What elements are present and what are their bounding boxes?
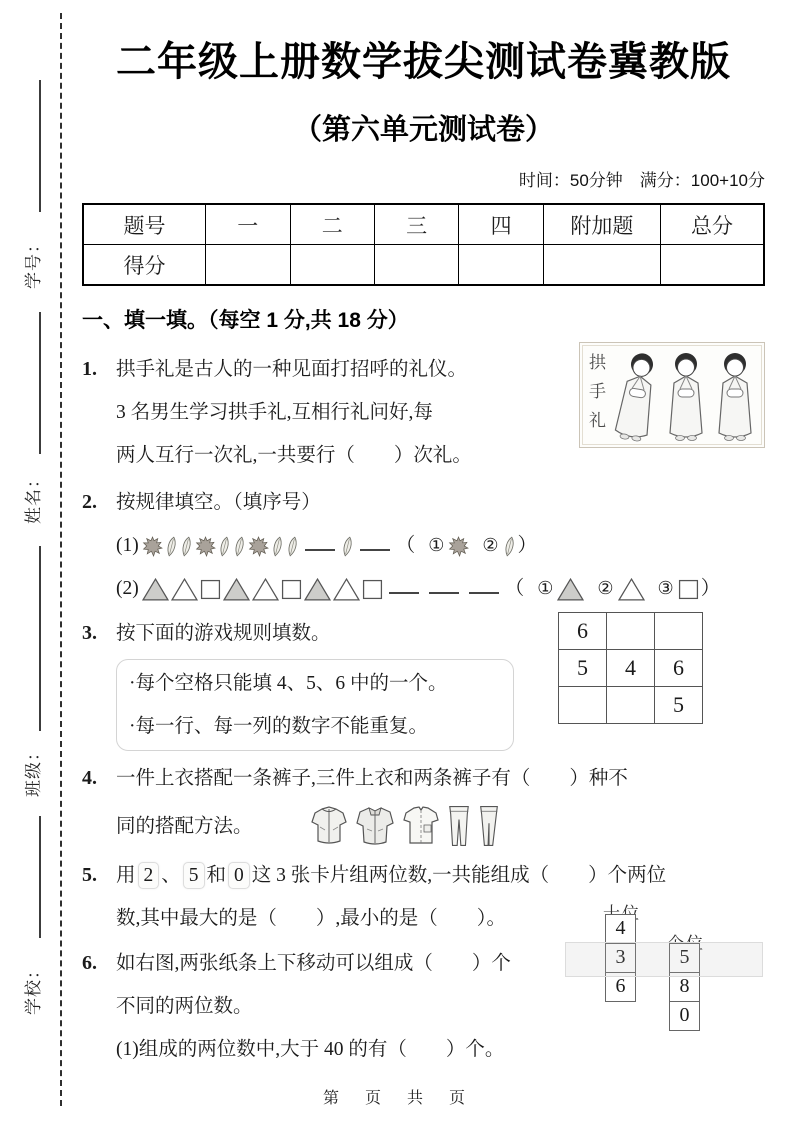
strip-digit-cell: 4 xyxy=(605,914,636,944)
illustration-frame: 拱手礼 xyxy=(582,345,762,445)
score-header: 题号 xyxy=(83,204,206,245)
number-card: 2 xyxy=(138,862,160,889)
grid-cell: 4 xyxy=(607,650,655,687)
pattern-sequence xyxy=(141,578,504,599)
grid-cell: 5 xyxy=(559,650,607,687)
pattern-sequence xyxy=(141,535,395,556)
score-header: 二 xyxy=(290,204,374,245)
question-text-segment: 、 xyxy=(161,865,181,886)
tri-shaded-icon xyxy=(142,578,169,601)
boy-figure-icon xyxy=(608,348,666,444)
score-cell xyxy=(543,245,660,286)
pattern-option: ① xyxy=(537,578,585,599)
pattern-option: ① xyxy=(428,535,470,556)
score-row-label: 得分 xyxy=(83,245,206,286)
circled-number: ③ xyxy=(658,578,674,598)
illustration-caption: 拱手礼 xyxy=(588,348,607,444)
section-one-heading: 一、填一填。（每空 1 分,共 18 分） xyxy=(82,304,765,334)
leaf-icon xyxy=(338,535,356,559)
open-paren: （ xyxy=(396,535,416,556)
strip-digit-cell: 0 xyxy=(669,1001,700,1031)
question-text: 用2、5和0这 3 张卡片组两位数,一共能组成（ ）个两位 xyxy=(116,854,765,897)
page-footer: 第 页 共 页 xyxy=(0,1085,793,1108)
question-text: 如右图,两张纸条上下移动可以组成（ ）个 xyxy=(116,942,596,985)
question-text: 拱手礼是古人的一种见面打招呼的礼仪。 xyxy=(116,348,571,391)
grid-row: 5 xyxy=(559,687,703,724)
student-info-blank-line xyxy=(39,546,41,731)
jacket2-icon xyxy=(355,805,395,847)
exam-meta: 时间：50分钟 满分：100+10分 xyxy=(82,166,765,191)
score-table-score-row: 得分 xyxy=(83,245,764,286)
tri-icon xyxy=(252,578,279,601)
score-cell xyxy=(660,245,764,286)
question-text-segment: 这 3 张卡片组两位数,一共能组成（ ）个两位 xyxy=(252,865,666,886)
grid-cell xyxy=(559,687,607,724)
question-number: 5. xyxy=(82,854,116,940)
grid-cell xyxy=(655,613,703,650)
question-2: 2. 按规律填空。（填序号） (1)（①②） (2)（①②③） xyxy=(82,481,765,610)
sq-icon xyxy=(281,579,302,600)
class-label: 班级： xyxy=(19,720,43,820)
boy-figure-icon xyxy=(713,351,757,441)
pattern-option: ② xyxy=(482,535,516,556)
question-text: 不同的两位数。 xyxy=(116,985,596,1028)
answer-blank xyxy=(305,533,335,551)
game-rule: ·每一行、每一列的数字不能重复。 xyxy=(129,705,501,748)
maple-icon xyxy=(195,536,216,557)
tri-icon xyxy=(333,578,360,601)
answer-blank xyxy=(469,576,499,594)
pants2-icon xyxy=(477,803,501,849)
sub-question-label: (1) xyxy=(116,535,139,556)
circled-number: ① xyxy=(428,535,444,555)
score-header: 附加题 xyxy=(543,204,660,245)
close-paren: ） xyxy=(518,535,538,556)
greeting-ritual-illustration: 拱手礼 xyxy=(579,342,765,448)
three-boys-figures xyxy=(615,348,757,441)
pattern-option: ③ xyxy=(658,578,700,599)
paper-strips-diagram: 十位 个位 436 580 xyxy=(581,894,759,1052)
sq-icon xyxy=(200,579,221,600)
circled-number: ② xyxy=(597,578,613,598)
close-paren: ） xyxy=(701,578,721,599)
question-number: 6. xyxy=(82,942,116,1071)
jacket1-icon xyxy=(309,805,349,847)
student-number-label: 学号： xyxy=(19,212,43,312)
sq-icon xyxy=(678,579,699,600)
boy-figure-icon xyxy=(664,351,708,441)
question-3: 3. 按下面的游戏规则填数。 ·每个空格只能填 4、5、6 中的一个。 ·每一行… xyxy=(82,612,765,751)
question-text-segment: 用 xyxy=(116,865,136,886)
score-cell xyxy=(290,245,374,286)
score-header: 四 xyxy=(459,204,543,245)
question-text: 按规律填空。（填序号） xyxy=(116,481,765,524)
tri-shaded-icon xyxy=(557,578,584,601)
leaf-icon xyxy=(500,535,518,559)
score-header: 一 xyxy=(206,204,290,245)
tri-icon xyxy=(171,578,198,601)
seal-dashed-line xyxy=(60,13,62,1106)
number-card: 0 xyxy=(228,862,250,889)
question-4: 4. 一件上衣搭配一条裤子,三件上衣和两条裤子有（ ）种不 同的搭配方法。 xyxy=(82,757,765,852)
grid-cell xyxy=(607,613,655,650)
score-header: 总分 xyxy=(660,204,764,245)
circled-number: ① xyxy=(537,578,553,598)
page-title: 二年级上册数学拔尖测试卷冀教版 xyxy=(82,30,765,87)
number-grid: 65465 xyxy=(558,612,703,724)
student-info-blank-line xyxy=(39,816,41,938)
circled-number: ② xyxy=(482,535,498,555)
question-text: 同的搭配方法。 xyxy=(116,805,253,848)
score-table-header-row: 题号 一 二 三 四 附加题 总分 xyxy=(83,204,764,245)
pattern-options: ①② xyxy=(416,535,516,556)
score-cell xyxy=(459,245,543,286)
school-label: 学校： xyxy=(19,938,43,1038)
shirt-icon xyxy=(401,805,441,847)
open-paren: （ xyxy=(505,578,525,599)
grid-cell xyxy=(607,687,655,724)
score-table: 题号 一 二 三 四 附加题 总分 得分 xyxy=(82,203,765,286)
score-cell xyxy=(206,245,290,286)
tri-shaded-icon xyxy=(223,578,250,601)
clothing-icons xyxy=(308,803,502,849)
grid-cell: 6 xyxy=(559,613,607,650)
grid-row: 6 xyxy=(559,613,703,650)
maple-icon xyxy=(142,536,163,557)
question-number: 2. xyxy=(82,481,116,610)
question-text-segment: 和 xyxy=(207,865,227,886)
pattern-options: ①②③ xyxy=(525,578,699,599)
answer-blank xyxy=(389,576,419,594)
question-6: 6. 如右图,两张纸条上下移动可以组成（ ）个 不同的两位数。 (1)组成的两位… xyxy=(82,942,765,1071)
pattern-row-2: (2)（①②③） xyxy=(116,567,765,610)
question-1: 1. 拱手礼是古人的一种见面打招呼的礼仪。 3 名男生学习拱手礼,互相行礼问好,… xyxy=(82,348,765,477)
student-info-blank-line xyxy=(39,312,41,454)
number-card: 5 xyxy=(183,862,205,889)
grid-row: 546 xyxy=(559,650,703,687)
question-number: 3. xyxy=(82,612,116,751)
question-number: 1. xyxy=(82,348,116,477)
score-header: 三 xyxy=(374,204,458,245)
pattern-option: ② xyxy=(597,578,645,599)
pants1-icon xyxy=(447,803,471,849)
game-rule: ·每个空格只能填 4、5、6 中的一个。 xyxy=(129,662,501,705)
maple-icon xyxy=(248,536,269,557)
viewing-window xyxy=(565,942,763,977)
question-number: 4. xyxy=(82,757,116,852)
question-text: (1)组成的两位数中,大于 40 的有（ ）个。 xyxy=(116,1028,596,1071)
question-text: 两人互行一次礼,一共要行（ ）次礼。 xyxy=(116,434,571,477)
score-cell xyxy=(374,245,458,286)
question-text: 一件上衣搭配一条裤子,三件上衣和两条裤子有（ ）种不 xyxy=(116,757,765,800)
student-info-blank-line xyxy=(39,80,41,212)
answer-blank xyxy=(429,576,459,594)
student-name-label: 姓名： xyxy=(19,447,43,547)
tri-shaded-icon xyxy=(304,578,331,601)
answer-blank xyxy=(360,533,390,551)
exam-paper: 二年级上册数学拔尖测试卷冀教版 （第六单元测试卷） 时间：50分钟 满分：100… xyxy=(82,0,765,1071)
pattern-row-1: (1)（①②） xyxy=(116,524,765,567)
question-text: 3 名男生学习拱手礼,互相行礼问好,每 xyxy=(116,391,571,434)
sub-question-label: (2) xyxy=(116,578,139,599)
tri-icon xyxy=(618,578,645,601)
game-rules-box: ·每个空格只能填 4、5、6 中的一个。 ·每一行、每一列的数字不能重复。 xyxy=(116,659,514,751)
grid-cell: 6 xyxy=(655,650,703,687)
maple-icon xyxy=(448,536,469,557)
grid-cell: 5 xyxy=(655,687,703,724)
sq-icon xyxy=(362,579,383,600)
page-subtitle: （第六单元测试卷） xyxy=(82,107,765,148)
